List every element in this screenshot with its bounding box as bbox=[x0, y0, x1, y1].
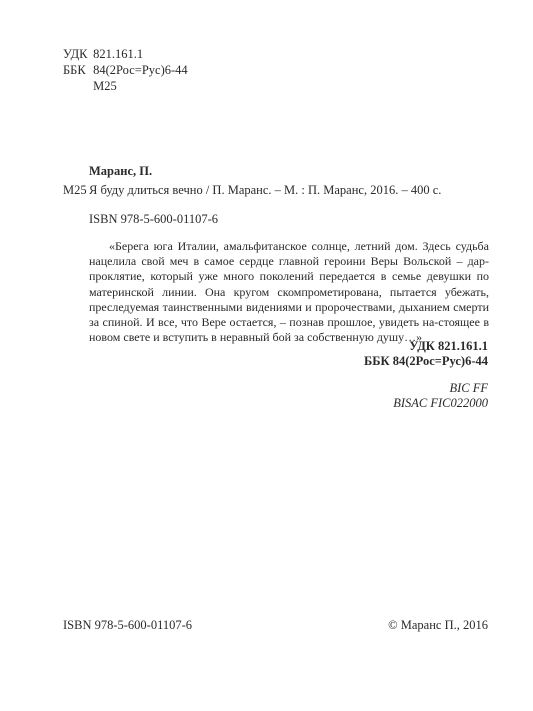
author-name: Маранс, П. bbox=[89, 164, 152, 179]
right-udk: УДК 821.161.1 bbox=[364, 339, 488, 354]
bbk-value: 84(2Рос=Рус)6-44 bbox=[93, 63, 188, 78]
catalog-isbn: ISBN 978-5-600-01107-6 bbox=[89, 212, 218, 227]
catalog-author-mark: М25 bbox=[63, 183, 87, 198]
subject-codes: BIC FF BISAC FIC022000 bbox=[393, 381, 488, 411]
bic-code: BIC FF bbox=[393, 381, 488, 396]
title-line: Я буду длиться вечно / П. Маранс. – М. :… bbox=[89, 183, 441, 198]
footer-copyright: © Маранс П., 2016 bbox=[388, 618, 488, 633]
udk-value: 821.161.1 bbox=[93, 47, 143, 62]
udk-label: УДК bbox=[63, 47, 90, 62]
bbk-row: ББК 84(2Рос=Рус)6-44 bbox=[63, 63, 188, 78]
author-mark-row: М25 bbox=[63, 79, 117, 94]
author-mark: М25 bbox=[93, 79, 117, 94]
udk-row: УДК 821.161.1 bbox=[63, 47, 143, 62]
bisac-code: BISAC FIC022000 bbox=[393, 396, 488, 411]
bbk-label: ББК bbox=[63, 63, 90, 78]
footer-isbn: ISBN 978-5-600-01107-6 bbox=[63, 618, 192, 633]
right-bbk: ББК 84(2Рос=Рус)6-44 bbox=[364, 354, 488, 369]
annotation-paragraph: «Берега юга Италии, амальфитанское солнц… bbox=[89, 239, 489, 345]
right-classification: УДК 821.161.1 ББК 84(2Рос=Рус)6-44 bbox=[364, 339, 488, 369]
